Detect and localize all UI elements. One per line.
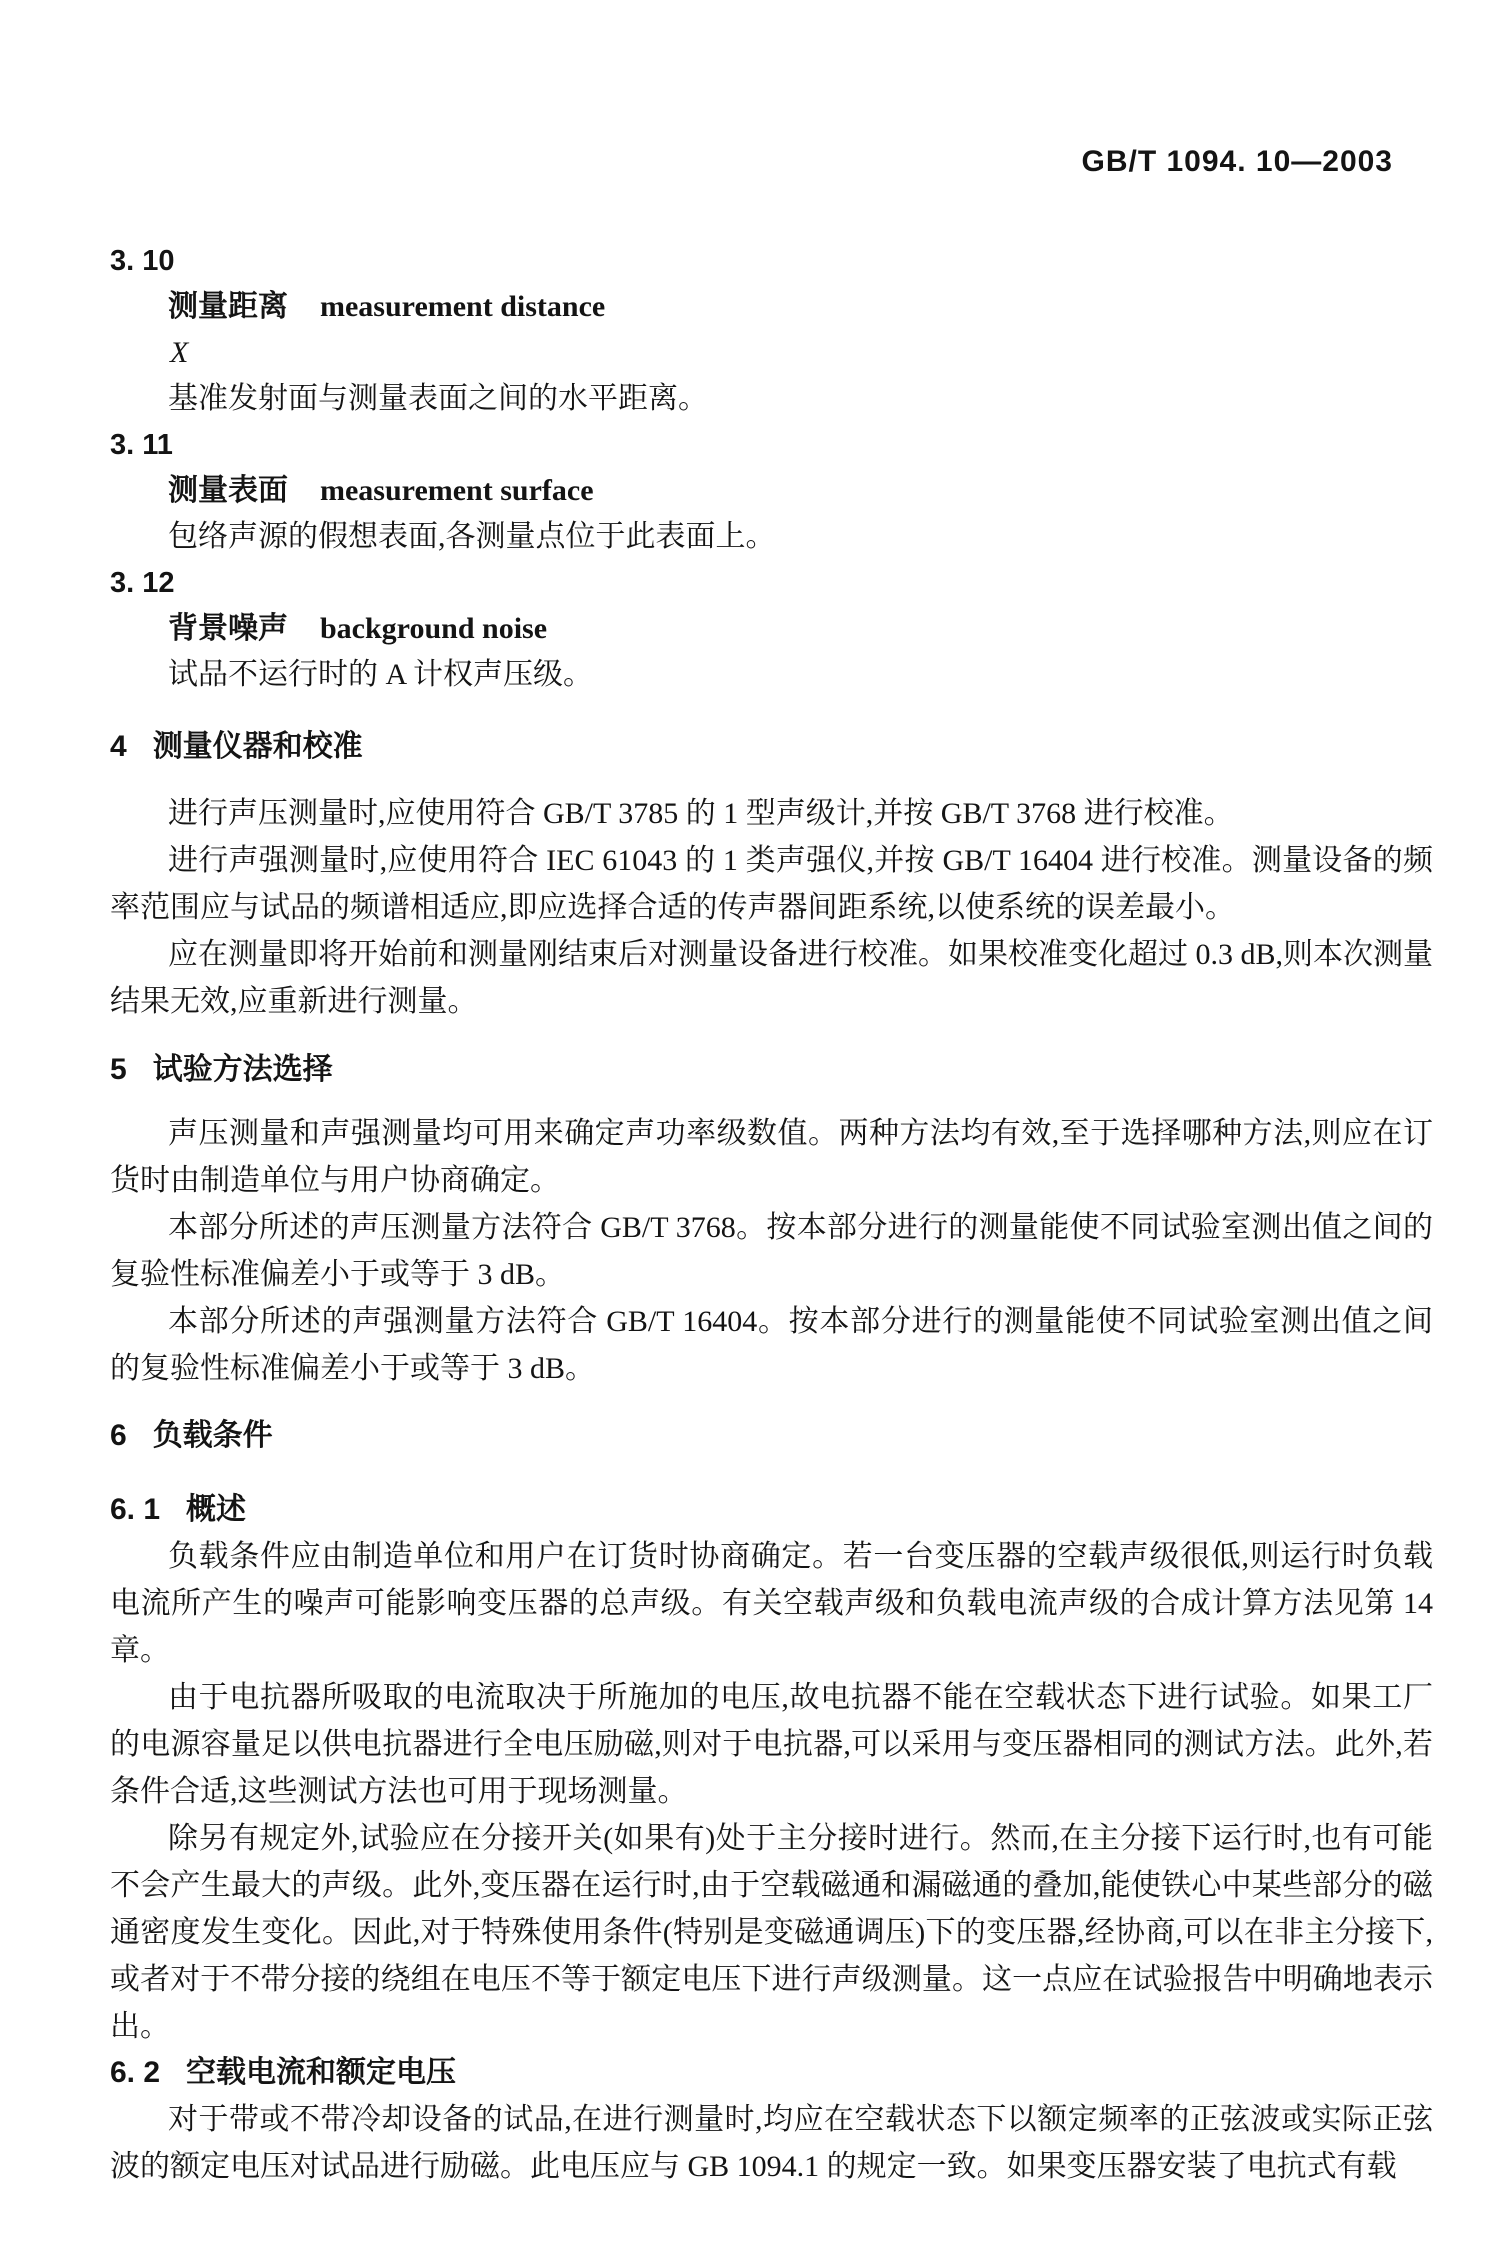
term-chinese-3-12: 背景噪声 (168, 612, 288, 645)
section-number-6: 6 (110, 1419, 127, 1452)
section-title-4: 测量仪器和校准 (153, 730, 363, 763)
section-heading-6-2: 6. 2空载电流和额定电压 (110, 2050, 1433, 2096)
section-number-5: 5 (110, 1053, 127, 1086)
paragraph-5-2: 本部分所述的声压测量方法符合 GB/T 3768。按本部分进行的测量能使不同试验… (110, 1204, 1433, 1298)
term-number-3-12: 3. 12 (110, 560, 1433, 606)
term-line-3-11: 测量表面measurement surface (168, 468, 1433, 514)
term-number-3-11: 3. 11 (110, 422, 1433, 468)
section-title-5: 试验方法选择 (153, 1053, 333, 1086)
section-heading-6-1: 6. 1概述 (110, 1487, 1433, 1533)
paragraph-4-1: 进行声压测量时,应使用符合 GB/T 3785 的 1 型声级计,并按 GB/T… (110, 790, 1433, 837)
term-english-3-10: measurement distance (320, 290, 605, 323)
section-number-6-2: 6. 2 (110, 2056, 160, 2089)
paragraph-6-1-2: 由于电抗器所吸取的电流取决于所施加的电压,故电抗器不能在空载状态下进行试验。如果… (110, 1674, 1433, 1815)
term-english-3-12: background noise (320, 612, 547, 645)
term-definition-3-12: 试品不运行时的 A 计权声压级。 (168, 652, 1433, 698)
document-page: GB/T 1094. 10—2003 3. 10 测量距离measurement… (0, 0, 1503, 2244)
paragraph-4-2: 进行声强测量时,应使用符合 IEC 61043 的 1 类声强仪,并按 GB/T… (110, 837, 1433, 931)
page-header: GB/T 1094. 10—2003 (0, 0, 1503, 178)
paragraph-6-1-3: 除另有规定外,试验应在分接开关(如果有)处于主分接时进行。然而,在主分接下运行时… (110, 1815, 1433, 2050)
term-definition-3-11: 包络声源的假想表面,各测量点位于此表面上。 (168, 514, 1433, 560)
paragraph-6-2-1: 对于带或不带冷却设备的试品,在进行测量时,均应在空载状态下以额定频率的正弦波或实… (110, 2096, 1433, 2190)
term-symbol-3-10: X (170, 330, 1433, 376)
paragraph-5-3: 本部分所述的声强测量方法符合 GB/T 16404。按本部分进行的测量能使不同试… (110, 1298, 1433, 1392)
term-definition-3-10: 基准发射面与测量表面之间的水平距离。 (168, 376, 1433, 422)
paragraph-4-3: 应在测量即将开始前和测量刚结束后对测量设备进行校准。如果校准变化超过 0.3 d… (110, 931, 1433, 1025)
section-number-4: 4 (110, 730, 127, 763)
section-heading-5: 5试验方法选择 (110, 1047, 1433, 1093)
section-number-6-1: 6. 1 (110, 1493, 160, 1526)
section-heading-4: 4测量仪器和校准 (110, 724, 1433, 770)
term-number-3-10: 3. 10 (110, 238, 1433, 284)
standard-number: GB/T 1094. 10—2003 (1081, 145, 1393, 178)
page-content: 3. 10 测量距离measurement distance X 基准发射面与测… (0, 178, 1503, 2190)
term-chinese-3-11: 测量表面 (168, 474, 288, 507)
section-title-6: 负载条件 (153, 1419, 273, 1452)
section-title-6-1: 概述 (186, 1493, 246, 1526)
section-heading-6: 6负载条件 (110, 1413, 1433, 1459)
paragraph-5-1: 声压测量和声强测量均可用来确定声功率级数值。两种方法均有效,至于选择哪种方法,则… (110, 1110, 1433, 1204)
term-chinese-3-10: 测量距离 (168, 290, 288, 323)
term-line-3-10: 测量距离measurement distance (168, 284, 1433, 330)
paragraph-6-1-1: 负载条件应由制造单位和用户在订货时协商确定。若一台变压器的空载声级很低,则运行时… (110, 1533, 1433, 1674)
term-line-3-12: 背景噪声background noise (168, 606, 1433, 652)
section-title-6-2: 空载电流和额定电压 (186, 2056, 456, 2089)
term-english-3-11: measurement surface (320, 474, 594, 507)
